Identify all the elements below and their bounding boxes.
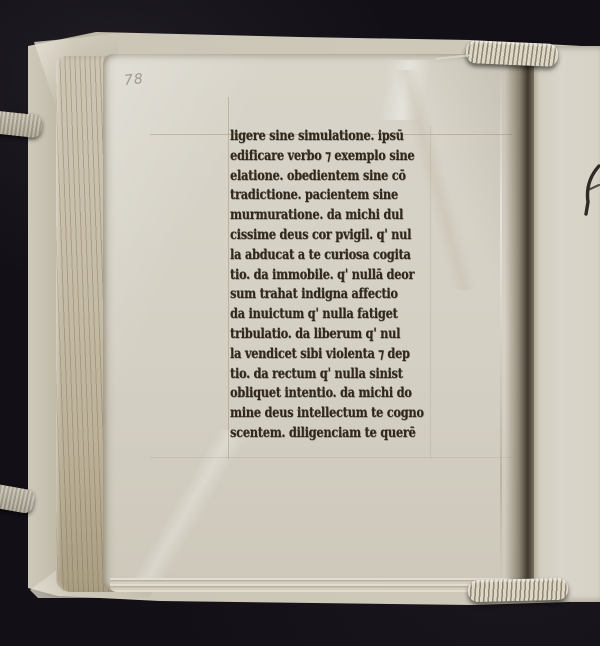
text-line: sum trahat indigna affectio	[230, 286, 448, 306]
text-line: edificare verbo ⁊ exemplo sine	[230, 148, 448, 168]
text-line: murmuratione. da michi dul	[230, 207, 448, 227]
text-line: tradictione. pacientem sine	[230, 187, 448, 207]
ruling-line-left	[228, 97, 229, 459]
text-line: mine deus intellectum te cogno	[230, 405, 448, 425]
text-line: cissime deus cor pvigil. q' nul	[230, 227, 448, 247]
headband	[466, 40, 559, 67]
photo-of-manuscript: 78 ligere sine simulatione. ipsū edifica…	[0, 0, 600, 646]
text-line: tio. da rectum q' nulla sinist	[230, 366, 448, 386]
text-line: la vendicet sibi violenta ⁊ dep	[230, 346, 448, 366]
right-page	[534, 46, 600, 602]
text-line: ligere sine simulatione. ipsū	[230, 128, 448, 148]
text-line: obliquet intentio. da michi do	[230, 385, 448, 405]
tailband	[468, 578, 569, 603]
folio-number: 78	[123, 71, 144, 89]
text-line: elatione. obedientem sine cō	[230, 168, 448, 188]
bottom-leaf-edges	[110, 578, 510, 592]
gothic-text-block: ligere sine simulatione. ipsū edificare …	[230, 128, 448, 445]
text-line: da inuictum q' nulla fatiget	[230, 306, 448, 326]
fore-edge-tie-top	[0, 111, 43, 139]
text-line: la abducat a te curiosa cogita	[230, 247, 448, 267]
text-line: tribulatio. da liberum q' nul	[230, 326, 448, 346]
text-line: scentem. diligenciam te querē	[230, 425, 448, 445]
underleaf-edge-line	[500, 60, 502, 582]
ruling-line-bottom	[150, 457, 512, 458]
partial-letter-fragment	[580, 162, 600, 222]
text-line: tio. da immobile. q' nullā deor	[230, 267, 448, 287]
